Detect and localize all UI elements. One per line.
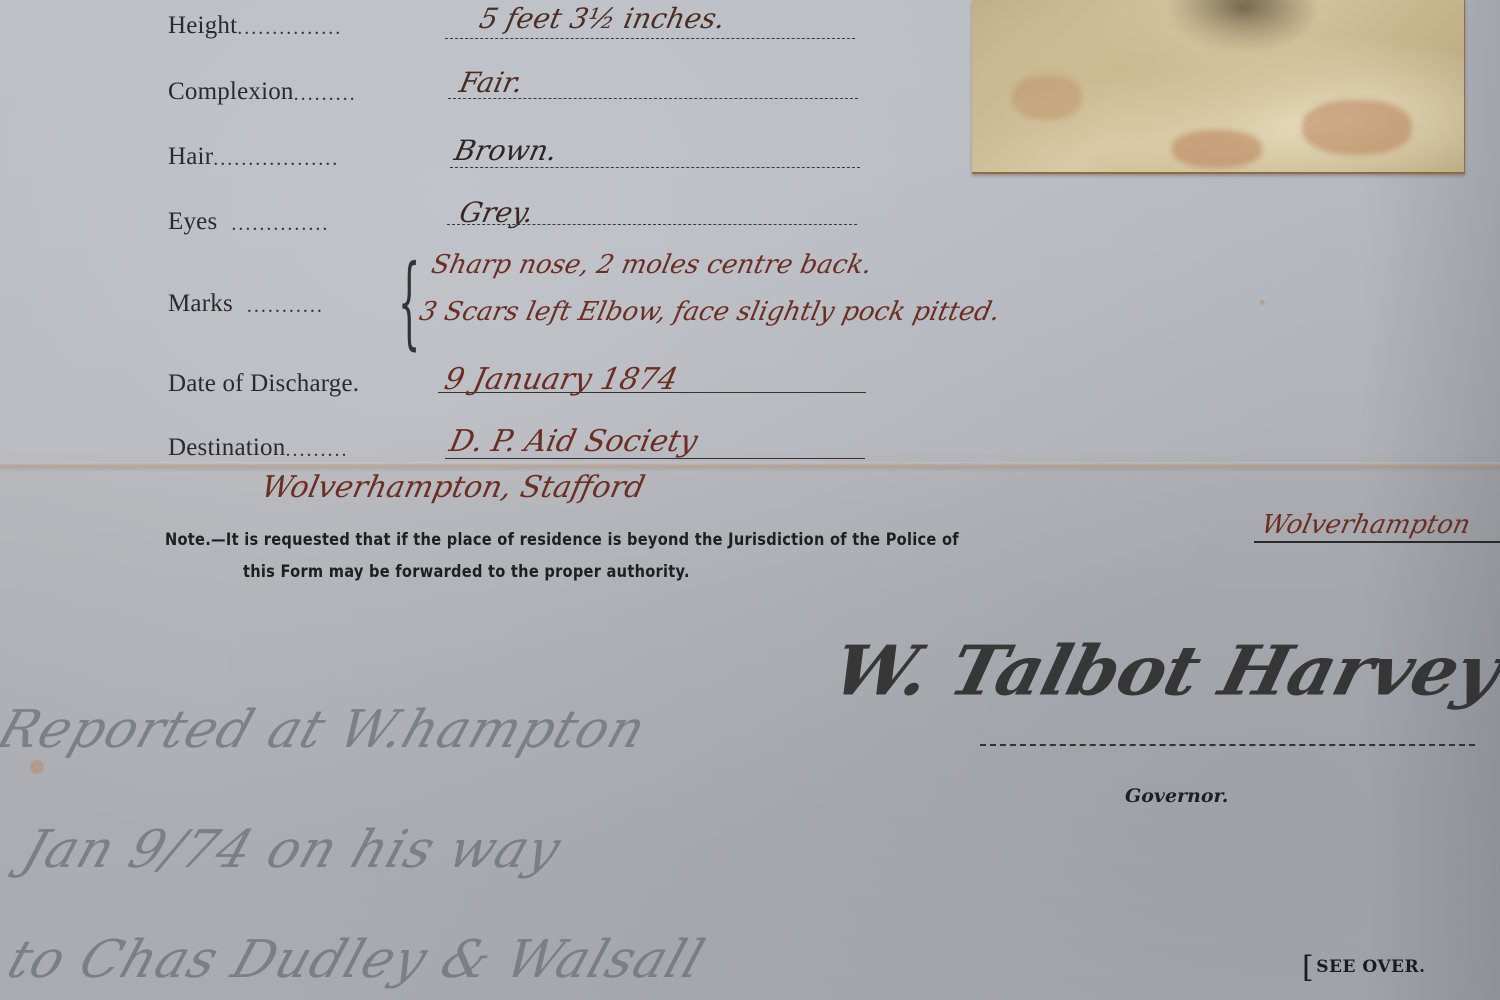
- handwritten-value-discharge-date: 9 January 1874: [441, 362, 681, 397]
- handwritten-value-complexion: Fair.: [456, 66, 525, 99]
- signature-line: [980, 744, 1475, 746]
- paper-fold-crease: [0, 462, 1500, 472]
- foxing-spot: [1260, 300, 1265, 305]
- field-hair: Hair ..................: [168, 143, 339, 171]
- handwritten-jurisdiction: Wolverhampton: [1259, 510, 1473, 540]
- see-over-label: [SEE OVER.: [1302, 950, 1426, 985]
- handwritten-value-height: 5 feet 3½ inches.: [476, 2, 728, 35]
- curly-brace: {: [398, 252, 420, 352]
- field-label: Hair: [168, 143, 213, 171]
- note-line-1: Note.—It is requested that if the place …: [165, 530, 959, 550]
- field-label: Eyes: [168, 208, 217, 236]
- field-label: Marks: [168, 290, 233, 318]
- handwritten-value-eyes: Grey.: [456, 196, 536, 229]
- note-fill-line: [1254, 541, 1500, 543]
- fill-line: [445, 38, 855, 39]
- foxing-spot: [30, 760, 44, 774]
- pencil-note-line-2: Jan 9/74 on his way: [15, 820, 568, 880]
- field-label: Date of Discharge.: [168, 370, 359, 398]
- bracket-glyph: [: [1302, 950, 1314, 985]
- field-date-of-discharge: Date of Discharge.: [168, 370, 359, 398]
- field-label: Complexion: [168, 78, 294, 106]
- handwritten-value-destination-line2: Wolverhampton, Stafford: [258, 470, 648, 505]
- dot-leader: ..................: [213, 148, 339, 171]
- handwritten-marks-line-2: 3 Scars left Elbow, face slightly pock p…: [417, 297, 1003, 327]
- handwritten-value-destination: D. P. Aid Society: [446, 424, 700, 459]
- field-height: Height ...............: [168, 12, 342, 40]
- dot-leader: ...........: [233, 295, 324, 318]
- field-eyes: Eyes ..............: [168, 208, 329, 236]
- field-destination: Destination .........: [168, 434, 348, 462]
- dot-leader: .........: [285, 439, 348, 462]
- governor-signature: W. Talbot Harvey: [825, 630, 1500, 711]
- prisoner-photograph: [972, 0, 1465, 174]
- fill-line: [450, 167, 860, 168]
- handwritten-value-hair: Brown.: [451, 134, 560, 167]
- dot-leader: ..............: [217, 213, 329, 236]
- field-label: Height: [168, 12, 237, 40]
- pencil-note-line-3: to Chas Dudley & Walsall: [0, 930, 712, 990]
- governor-title: Governor.: [1125, 785, 1228, 807]
- field-complexion: Complexion .........: [168, 78, 357, 106]
- field-label: Destination: [168, 434, 285, 462]
- see-over-text: SEE OVER.: [1316, 957, 1425, 977]
- dot-leader: ...............: [237, 17, 342, 40]
- field-marks: Marks ...........: [168, 290, 324, 318]
- dot-leader: .........: [294, 83, 357, 106]
- handwritten-marks-line-1: Sharp nose, 2 moles centre back.: [429, 250, 875, 280]
- note-line-2: this Form may be forwarded to the proper…: [243, 562, 690, 582]
- pencil-note-line-1: Reported at W.hampton: [0, 700, 654, 760]
